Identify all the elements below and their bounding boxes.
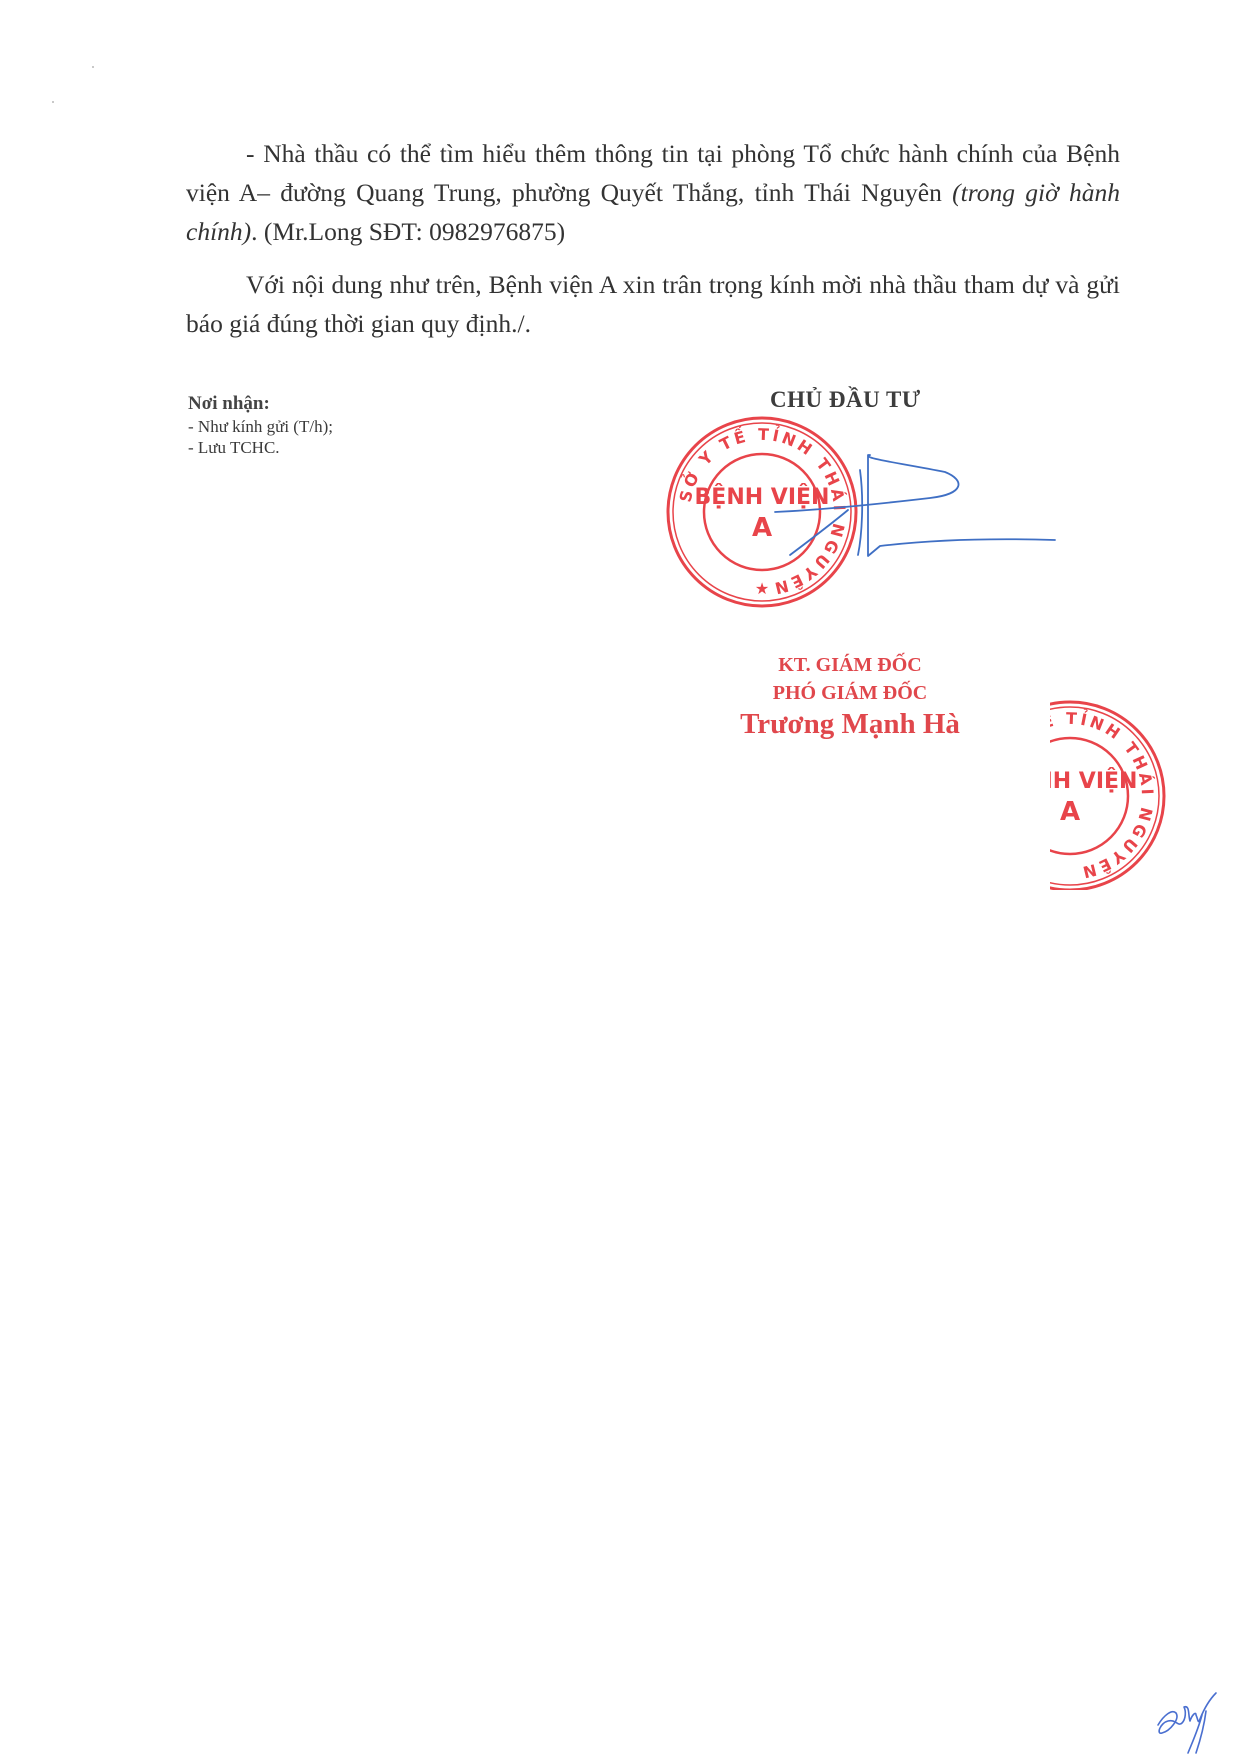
recipients-block: Nơi nhận: - Như kính gửi (T/h); - Lưu TC… [188,392,333,458]
contact-paragraph: - Nhà thầu có thể tìm hiểu thêm thông ti… [186,134,1120,251]
scan-speck [92,66,94,68]
initials-signature-icon [1150,1675,1240,1755]
seal-inner-line-1: BỆNH VIỆN [695,483,830,510]
edge-seal-icon: SỞ Y TẾ TỈNH THÁI NGUYÊN BỆNH VIỆN A [1050,696,1170,890]
invitation-text: Với nội dung như trên, Bệnh viện A xin t… [186,270,1120,338]
recipient-item: - Lưu TCHC. [188,437,333,458]
svg-text:BỆNH VIỆN: BỆNH VIỆN [1050,767,1137,794]
signer-line-2: PHÓ GIÁM ĐỐC [700,679,1000,707]
hospital-seal-icon: SỞ Y TẾ TỈNH THÁI NGUYÊN BỆNH VIỆN A ★ [662,412,862,612]
seal-outer-text: SỞ Y TẾ TỈNH THÁI NGUYÊN [676,424,850,599]
recipients-title: Nơi nhận: [188,392,333,416]
svg-text:A: A [1060,797,1080,827]
signer-block: KT. GIÁM ĐỐC PHÓ GIÁM ĐỐC Trương Mạnh Hà [700,651,1000,741]
signer-name: Trương Mạnh Hà [700,707,1000,741]
recipient-item: - Như kính gửi (T/h); [188,416,333,437]
contact-phone-text: . (Mr.Long SĐT: 0982976875) [251,217,565,246]
investor-label: CHỦ ĐẦU TƯ [770,387,921,413]
document-page: - Nhà thầu có thể tìm hiểu thêm thông ti… [0,0,1241,1755]
svg-text:SỞ Y TẾ TỈNH THÁI NGUYÊN: SỞ Y TẾ TỈNH THÁI NGUYÊN [676,424,850,599]
seal-star: ★ [755,579,769,598]
scan-speck [52,101,54,103]
seal-inner-line-2: A [752,513,772,543]
edge-seal-clip: SỞ Y TẾ TỈNH THÁI NGUYÊN BỆNH VIỆN A [1050,690,1241,890]
signer-line-1: KT. GIÁM ĐỐC [700,651,1000,679]
invitation-paragraph: Với nội dung như trên, Bệnh viện A xin t… [186,265,1120,343]
